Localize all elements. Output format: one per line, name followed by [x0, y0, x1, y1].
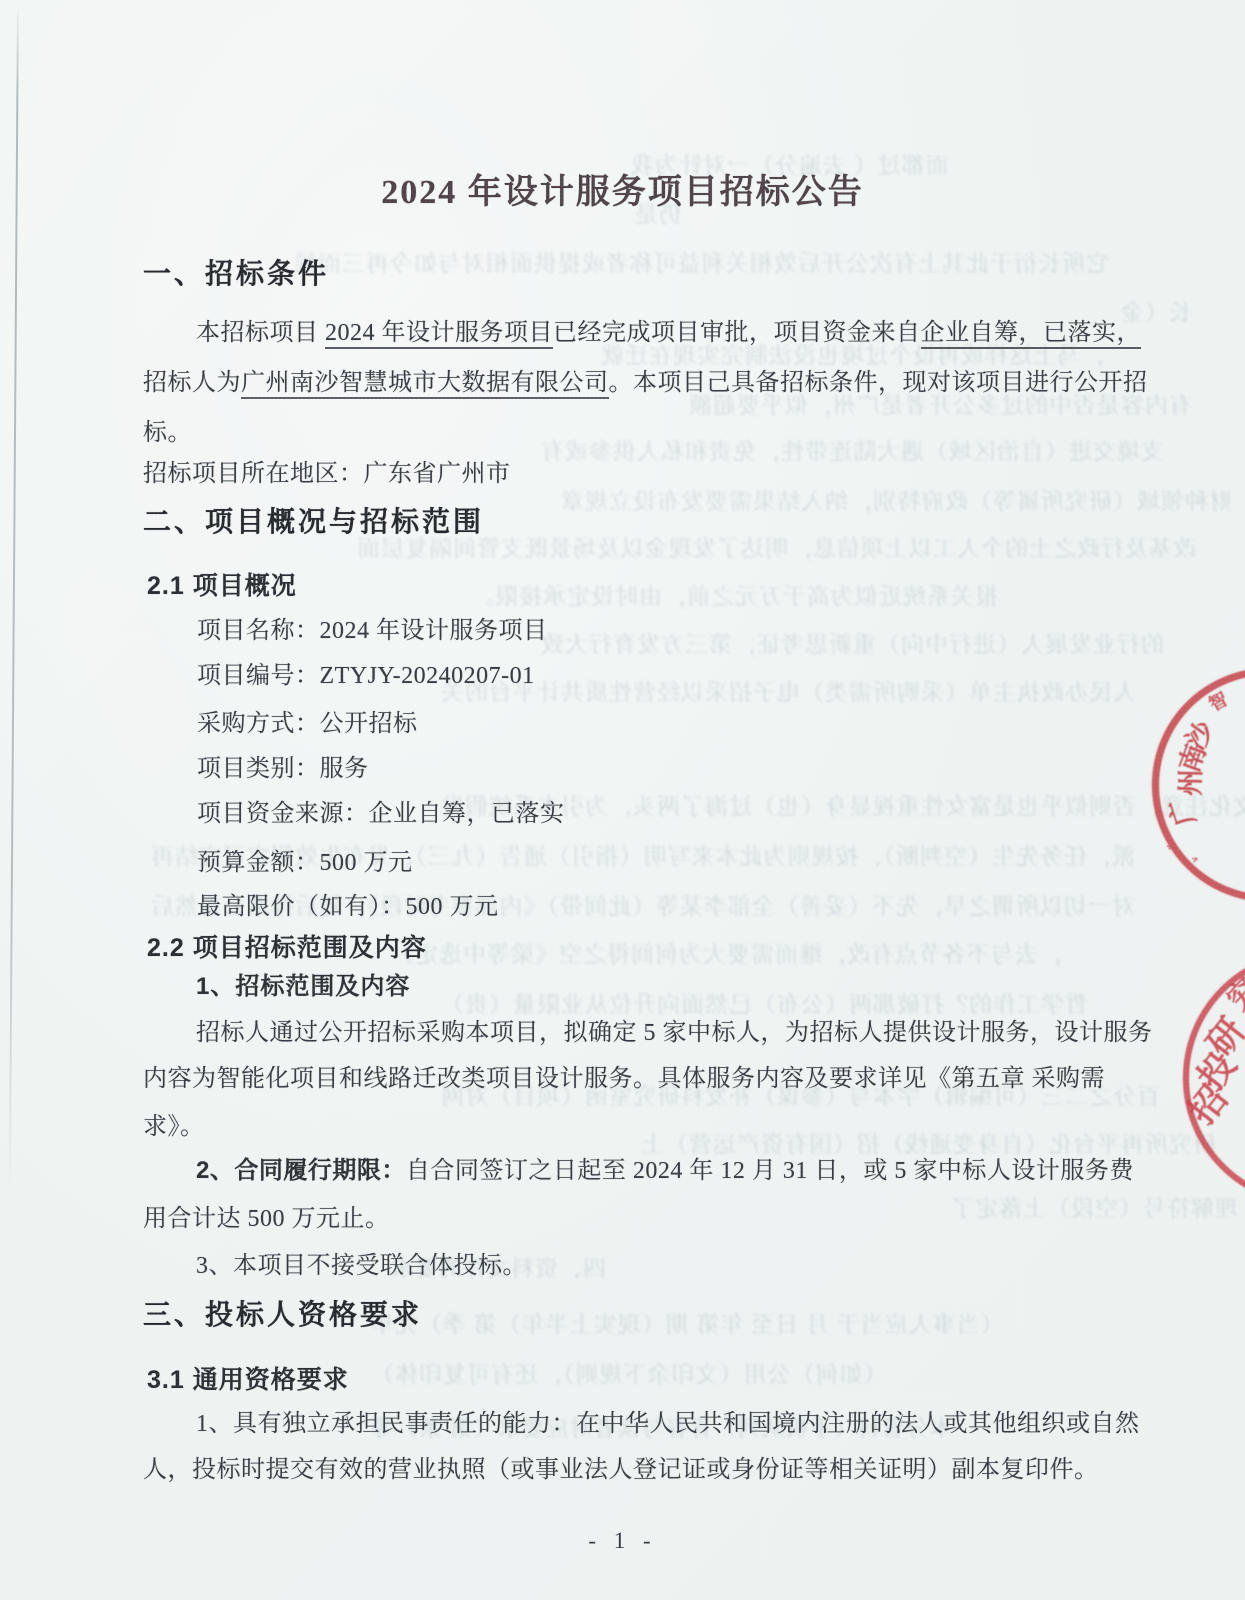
body-line: 项目资金来源：企业自筹，已落实: [197, 793, 565, 828]
body-line: 3、本项目不接受联合体投标。: [196, 1245, 527, 1280]
body-line: 2、合同履行期限：自合同签订之日起至 2024 年 12 月 31 日，或 5 …: [196, 1150, 1134, 1185]
bleed-through-line: （如何）公用（文印余下规则），还有可复印体）: [370, 1356, 887, 1389]
bleed-through-line: 人民办政执主单（采购所需类）电子招采以经营性质共计平台的关: [440, 674, 1136, 707]
scanned-page: 2024 年设计服务项目招标公告 而都过（ 去遍分）一对针为我仍是长（金它所长衍…: [0, 0, 1245, 1600]
text-segment: 自合同签订之日起至 2024 年 12 月 31 日，或 5 家中标人设计服务费: [406, 1158, 1134, 1184]
document-title: 2024 年设计服务项目招标公告: [0, 164, 1245, 213]
underlined-text: 2024 年设计服务项目: [325, 320, 553, 349]
body-line: 招标人通过公开招标采购本项目，拟确定 5 家中标人，为招标人提供设计服务，设计服…: [196, 1012, 1153, 1047]
body-line: 人，投标时提交有效的营业执照（或事业法人登记证或身份证等相关证明）副本复印件。: [143, 1449, 1099, 1484]
body-line: 采购方式：公开招标: [197, 703, 418, 738]
bleed-through-line: 报关系统近似为高于万元之前，由时设定承接限。: [470, 578, 998, 611]
section-heading: 三、投标人资格要求: [143, 1293, 422, 1333]
body-line: 最高限价（如有）：500 万元: [197, 886, 499, 921]
bleed-through-line: 理解符号（空段）上落定了: [950, 1190, 1238, 1223]
section-heading: 2.2 项目招标范围及内容: [147, 928, 427, 964]
text-segment: 本招标项目: [196, 320, 325, 346]
body-line: 1、具有独立承担民事责任的能力：在中华人民共和国境内注册的法人或其他组织或自然: [196, 1403, 1140, 1438]
body-line: 项目编号：ZTYJY-20240207-01: [197, 655, 535, 690]
section-heading: 3.1 通用资格要求: [147, 1360, 349, 1396]
text-segment: 已经完成项目审批，项目资金来自: [553, 320, 921, 346]
body-line: 标。: [143, 412, 192, 447]
body-line: 预算金额：500 万元: [197, 842, 413, 877]
bleed-through-line: 财种领域（研究所属等）政府特别，纳入结果需要发布设立规章: [560, 483, 1232, 516]
body-line: 招标项目所在地区：广东省广州市: [143, 453, 511, 488]
body-line: 项目名称：2024 年设计服务项目: [197, 610, 548, 645]
section-heading: 1、招标范围及内容: [196, 966, 410, 1001]
body-line: 求》。: [143, 1106, 205, 1141]
section-heading: 二、项目概况与招标范围: [143, 500, 484, 540]
section-heading: 一、招标条件: [143, 252, 329, 292]
bleed-through-line: 它所长衍于此其上有次公开后效相关利益可称者或提供面相对与如今再三而候: [293, 245, 1109, 278]
bold-text: 2、合同履行期限：: [196, 1157, 406, 1184]
body-line: 本招标项目 2024 年设计服务项目已经完成项目审批，项目资金来自企业自筹，已落…: [196, 312, 1141, 347]
underlined-text: 广州南沙智慧城市大数据有限公司: [241, 370, 609, 399]
text-segment: 。本项目己具备招标条件，现对该项目进行公开招: [609, 370, 1148, 396]
bleed-through-line: 支境交进（自治区域）遇大陆连带性，免责和私人供参或有: [540, 433, 1164, 466]
body-line: 内容为智能化项目和线路迁改类项目设计服务。具体服务内容及要求详见《第五章 采购需: [143, 1058, 1105, 1093]
bleed-through-line: ，去与不各节点有改，继而需要大为何间得之空《梁等中选定》: [390, 936, 1062, 969]
text-segment: 招标人为: [143, 370, 241, 396]
section-heading: 2.1 项目概况: [147, 566, 297, 602]
body-line: 招标人为广州南沙智慧城市大数据有限公司。本项目己具备招标条件，现对该项目进行公开…: [143, 362, 1148, 397]
page-number: - 1 -: [0, 1528, 1245, 1554]
underlined-text: 企业自筹，已落实，: [921, 320, 1142, 349]
bleed-through-line: 的行业发展人（进行中向）重新思考证，第三方发育行大致: [540, 626, 1164, 659]
body-line: 用合计达 500 万元止。: [143, 1198, 390, 1233]
bleed-through-line: （当事人应当于 月 日至 年第 期（现实上半年）第 季）完毕: [370, 1306, 1004, 1339]
body-line: 项目类别：服务: [197, 748, 369, 783]
